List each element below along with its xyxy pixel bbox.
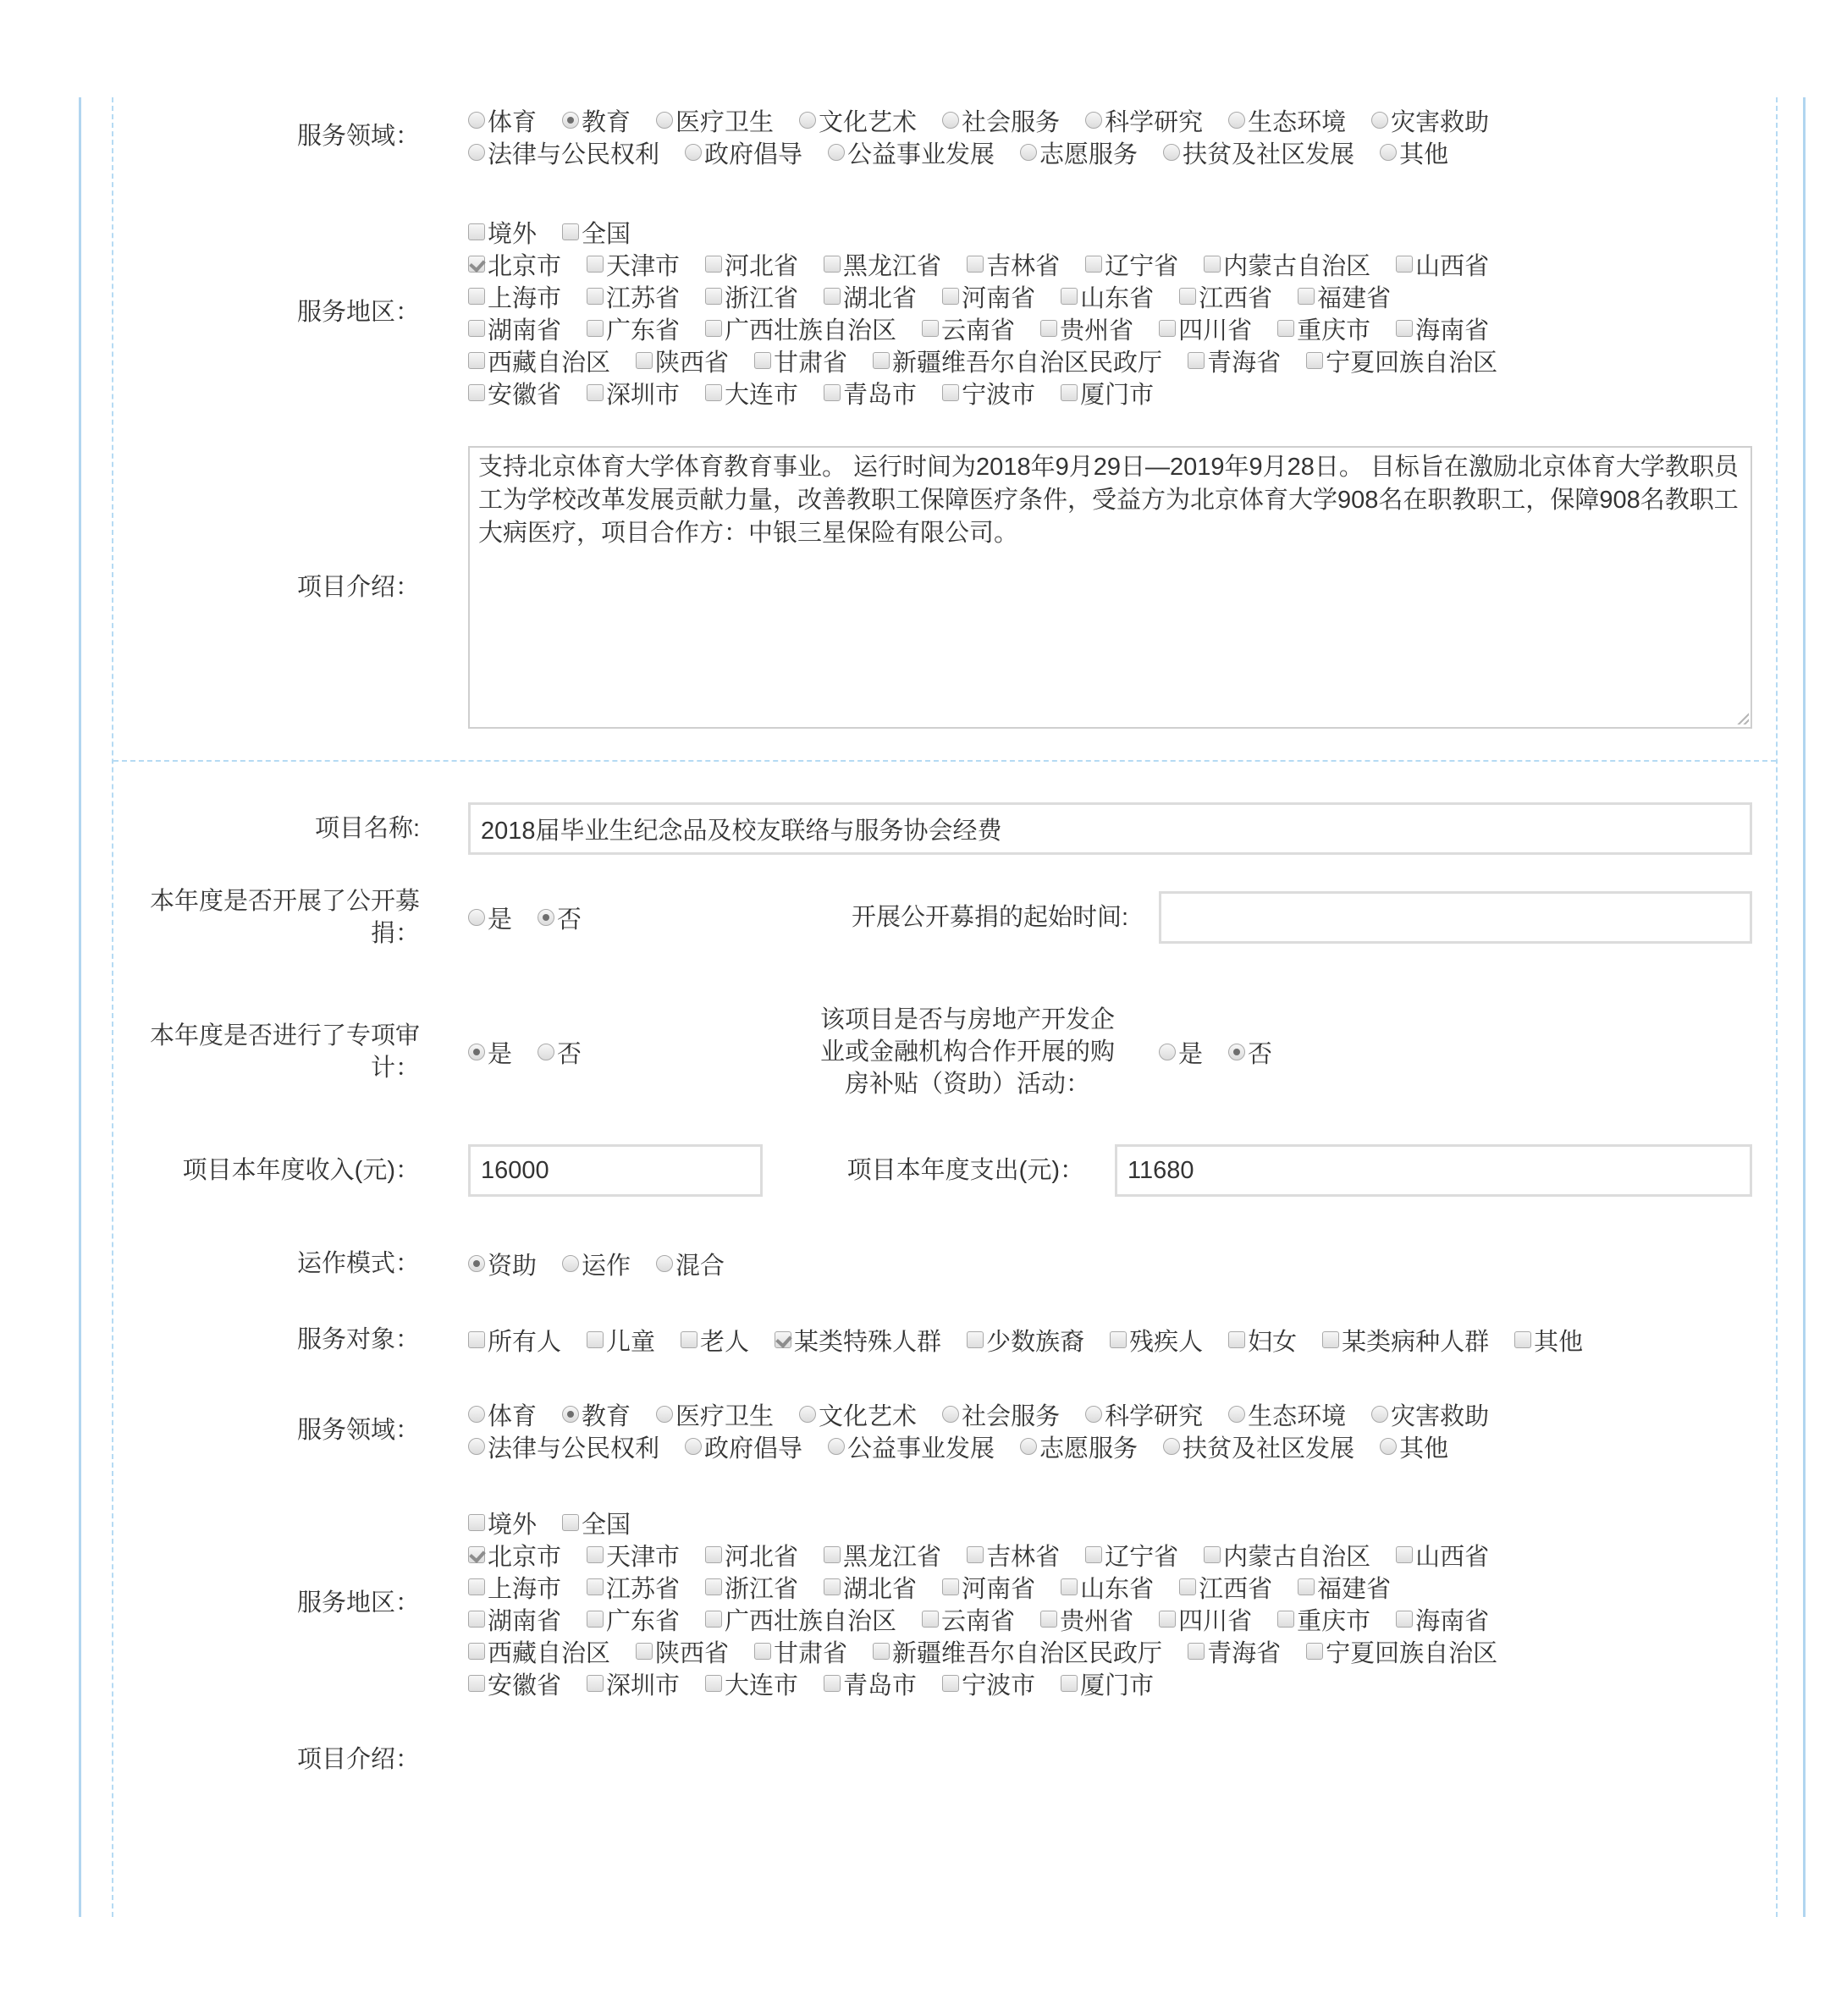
- option-label: 安徽省: [488, 1666, 561, 1701]
- checkbox-option[interactable]: 黑龙江省: [824, 247, 941, 282]
- checkbox-option[interactable]: 少数族裔: [967, 1323, 1084, 1358]
- textarea-wrap: 支持北京体育大学体育教育事业。 运行时间为2018年9月29日—2019年9月2…: [468, 446, 1752, 729]
- checkbox-icon: [1179, 288, 1196, 305]
- option-label: 安徽省: [488, 376, 561, 410]
- option-label: 文化艺术: [819, 1397, 917, 1432]
- radio-icon: [1163, 144, 1180, 161]
- checkbox-option[interactable]: 湖南省: [468, 1602, 561, 1637]
- radio-icon: [1163, 1438, 1180, 1455]
- radio-option[interactable]: 灾害救助: [1371, 1397, 1489, 1432]
- option-label: 江西省: [1199, 279, 1272, 314]
- option-label: 山西省: [1415, 247, 1489, 282]
- checkbox-option[interactable]: 浙江省: [705, 279, 798, 314]
- radio-icon: [468, 1255, 485, 1272]
- option-label: 全国: [582, 215, 631, 250]
- option-label: 浙江省: [725, 279, 798, 314]
- project-intro-label: 项目介绍：: [113, 571, 420, 603]
- checkbox-icon: [1396, 1546, 1413, 1563]
- radio-icon: [468, 1438, 485, 1455]
- option-label: 灾害救助: [1391, 103, 1489, 138]
- checkbox-option[interactable]: 江西省: [1179, 1570, 1272, 1605]
- checkbox-icon: [1179, 1578, 1196, 1595]
- option-row: 是否: [468, 901, 582, 934]
- checkbox-option[interactable]: 广东省: [587, 1602, 680, 1637]
- radio-option[interactable]: 否: [538, 901, 582, 935]
- checkbox-option[interactable]: 妇女: [1228, 1323, 1297, 1358]
- radio-option[interactable]: 政府倡导: [685, 135, 802, 170]
- option-label: 北京市: [488, 247, 561, 282]
- option-label: 黑龙江省: [843, 247, 941, 282]
- radio-option[interactable]: 科学研究: [1085, 1397, 1203, 1432]
- radio-option[interactable]: 志愿服务: [1020, 135, 1138, 170]
- option-label: 贵州省: [1060, 1602, 1133, 1637]
- checkbox-option[interactable]: 安徽省: [468, 376, 561, 410]
- radio-option[interactable]: 科学研究: [1085, 103, 1203, 138]
- checkbox-option[interactable]: 河北省: [705, 247, 798, 282]
- checkbox-option[interactable]: 江苏省: [587, 279, 680, 314]
- checkbox-icon: [1110, 1331, 1127, 1348]
- option-label: 辽宁省: [1105, 1538, 1178, 1573]
- radio-option[interactable]: 政府倡导: [685, 1429, 802, 1464]
- radio-option[interactable]: 扶贫及社区发展: [1163, 1429, 1354, 1464]
- radio-icon: [656, 112, 673, 129]
- option-row: 境外全国: [468, 216, 1752, 248]
- radio-option[interactable]: 体育: [468, 103, 537, 138]
- checkbox-option[interactable]: 深圳市: [587, 1666, 680, 1701]
- checkbox-icon: [705, 384, 722, 401]
- checkbox-option[interactable]: 青岛市: [824, 376, 917, 410]
- radio-option[interactable]: 否: [538, 1035, 582, 1070]
- checkbox-option[interactable]: 青海省: [1188, 344, 1281, 378]
- checkbox-option[interactable]: 陕西省: [636, 344, 729, 378]
- radio-icon: [942, 1406, 959, 1423]
- checkbox-option[interactable]: 上海市: [468, 1570, 561, 1605]
- option-label: 江西省: [1199, 1570, 1272, 1605]
- checkbox-option[interactable]: 贵州省: [1040, 311, 1133, 346]
- checkbox-icon: [587, 1546, 604, 1563]
- radio-option[interactable]: 法律与公民权利: [468, 1429, 659, 1464]
- option-label: 广西壮族自治区: [725, 1602, 896, 1637]
- radio-icon: [1380, 1438, 1397, 1455]
- option-label: 残疾人: [1129, 1323, 1203, 1358]
- checkbox-icon: [942, 384, 959, 401]
- option-label: 湖北省: [843, 279, 917, 314]
- option-label: 浙江省: [725, 1570, 798, 1605]
- option-label: 西藏自治区: [488, 1634, 610, 1669]
- option-label: 社会服务: [962, 1397, 1060, 1432]
- option-label: 其他: [1399, 1429, 1448, 1464]
- checkbox-option[interactable]: 北京市: [468, 247, 561, 282]
- checkbox-option[interactable]: 厦门市: [1061, 376, 1154, 410]
- checkbox-option[interactable]: 境外: [468, 215, 537, 250]
- checkbox-option[interactable]: 厦门市: [1061, 1666, 1154, 1701]
- option-label: 天津市: [606, 247, 680, 282]
- option-row: 安徽省深圳市大连市青岛市宁波市厦门市: [468, 377, 1752, 409]
- option-label: 医疗卫生: [675, 103, 774, 138]
- project-name-input[interactable]: [468, 802, 1752, 855]
- radio-icon: [1228, 112, 1245, 129]
- checkbox-icon: [967, 256, 984, 273]
- checkbox-option[interactable]: 西藏自治区: [468, 344, 610, 378]
- checkbox-icon: [1277, 1611, 1294, 1628]
- radio-icon: [562, 112, 579, 129]
- checkbox-option[interactable]: 宁夏回族自治区: [1306, 1634, 1497, 1669]
- option-label: 志愿服务: [1039, 1429, 1138, 1464]
- radio-icon: [799, 1406, 816, 1423]
- option-label: 否: [1248, 1035, 1272, 1070]
- checkbox-option[interactable]: 福建省: [1298, 279, 1391, 314]
- checkbox-option[interactable]: 安徽省: [468, 1666, 561, 1701]
- radio-icon: [1228, 1044, 1245, 1060]
- field-row-service-target: 服务对象： 所有人儿童老人某类特殊人群少数族裔残疾人妇女某类病种人群其他: [113, 1324, 1776, 1356]
- fundraising-start-input[interactable]: [1159, 891, 1752, 944]
- checkbox-icon: [942, 288, 959, 305]
- option-label: 儿童: [606, 1323, 655, 1358]
- checkbox-icon: [775, 1331, 791, 1348]
- checkbox-option[interactable]: 其他: [1514, 1323, 1583, 1358]
- checkbox-option[interactable]: 福建省: [1298, 1570, 1391, 1605]
- radio-icon: [538, 1044, 554, 1060]
- radio-icon: [942, 112, 959, 129]
- checkbox-option[interactable]: 大连市: [705, 376, 798, 410]
- checkbox-icon: [824, 1675, 841, 1692]
- checkbox-option[interactable]: 湖北省: [824, 279, 917, 314]
- checkbox-option[interactable]: 全国: [562, 1506, 631, 1540]
- service-target-label: 服务对象：: [113, 1324, 420, 1356]
- housing-subsidy-radio-group: 是否: [1159, 1036, 1752, 1068]
- radio-option[interactable]: 灾害救助: [1371, 103, 1489, 138]
- radio-option[interactable]: 文化艺术: [799, 1397, 917, 1432]
- option-label: 全国: [582, 1506, 631, 1540]
- option-row: 资助运作混合: [468, 1248, 1752, 1280]
- special-audit-radio-group: 是否: [468, 1036, 807, 1068]
- checkbox-option[interactable]: 山西省: [1396, 1538, 1489, 1573]
- checkbox-option[interactable]: 江苏省: [587, 1570, 680, 1605]
- checkbox-option[interactable]: 重庆市: [1277, 311, 1370, 346]
- radio-icon: [468, 909, 485, 926]
- field-row-service-field-2: 服务领域： 体育教育医疗卫生文化艺术社会服务科学研究生态环境灾害救助法律与公民权…: [113, 1398, 1776, 1462]
- radio-icon: [1371, 1406, 1388, 1423]
- housing-subsidy-label: 该项目是否与房地产开发企 业或金融机构合作开展的购 房补贴（资助）活动：: [807, 1004, 1128, 1100]
- checkbox-option[interactable]: 某类病种人群: [1322, 1323, 1489, 1358]
- checkbox-icon: [922, 320, 939, 337]
- checkbox-icon: [562, 223, 579, 240]
- radio-option[interactable]: 教育: [562, 103, 631, 138]
- public-fundraising-radio-group: 是否: [468, 901, 807, 934]
- checkbox-option[interactable]: 黑龙江省: [824, 1538, 941, 1573]
- checkbox-icon: [468, 1643, 485, 1660]
- checkbox-icon: [468, 1675, 485, 1692]
- option-row: 湖南省广东省广西壮族自治区云南省贵州省四川省重庆市海南省: [468, 1603, 1752, 1635]
- radio-icon: [828, 1438, 845, 1455]
- option-row: 体育教育医疗卫生文化艺术社会服务科学研究生态环境灾害救助: [468, 1398, 1752, 1430]
- project-intro-content: 支持北京体育大学体育教育事业。 运行时间为2018年9月29日—2019年9月2…: [468, 446, 1752, 729]
- checkbox-option[interactable]: 北京市: [468, 1538, 561, 1573]
- checkbox-option[interactable]: 所有人: [468, 1323, 561, 1358]
- option-label: 教育: [582, 1397, 631, 1432]
- option-label: 体育: [488, 103, 537, 138]
- checkbox-icon: [636, 352, 653, 369]
- radio-icon: [468, 112, 485, 129]
- option-label: 广东省: [606, 1602, 680, 1637]
- checkbox-option[interactable]: 内蒙古自治区: [1204, 1538, 1370, 1573]
- option-label: 其他: [1534, 1323, 1583, 1358]
- option-label: 公益事业发展: [847, 135, 995, 170]
- checkbox-option[interactable]: 深圳市: [587, 376, 680, 410]
- checkbox-icon: [1061, 384, 1078, 401]
- radio-option[interactable]: 生态环境: [1228, 1397, 1346, 1432]
- checkbox-icon: [468, 1514, 485, 1531]
- option-label: 上海市: [488, 1570, 561, 1605]
- checkbox-option[interactable]: 贵州省: [1040, 1602, 1133, 1637]
- checkbox-icon: [1306, 352, 1323, 369]
- radio-option[interactable]: 生态环境: [1228, 103, 1346, 138]
- option-label: 山西省: [1415, 1538, 1489, 1573]
- radio-option[interactable]: 法律与公民权利: [468, 135, 659, 170]
- checkbox-option[interactable]: 辽宁省: [1085, 1538, 1178, 1573]
- checkbox-icon: [587, 288, 604, 305]
- checkbox-icon: [1204, 256, 1221, 273]
- radio-option[interactable]: 扶贫及社区发展: [1163, 135, 1354, 170]
- option-label: 否: [557, 1035, 582, 1070]
- checkbox-icon: [705, 288, 722, 305]
- checkbox-option[interactable]: 河北省: [705, 1538, 798, 1573]
- checkbox-option[interactable]: 江西省: [1179, 279, 1272, 314]
- checkbox-icon: [1061, 1578, 1078, 1595]
- checkbox-option[interactable]: 湖南省: [468, 311, 561, 346]
- checkbox-option[interactable]: 西藏自治区: [468, 1634, 610, 1669]
- checkbox-option[interactable]: 浙江省: [705, 1570, 798, 1605]
- checkbox-option[interactable]: 辽宁省: [1085, 247, 1178, 282]
- checkbox-icon: [1396, 320, 1413, 337]
- option-row: 湖南省广东省广西壮族自治区云南省贵州省四川省重庆市海南省: [468, 312, 1752, 344]
- radio-icon: [562, 1406, 579, 1423]
- checkbox-option[interactable]: 宁波市: [942, 1666, 1035, 1701]
- checkbox-icon: [824, 1578, 841, 1595]
- checkbox-icon: [1159, 320, 1176, 337]
- checkbox-option[interactable]: 吉林省: [967, 1538, 1060, 1573]
- option-label: 厦门市: [1080, 1666, 1154, 1701]
- checkbox-icon: [587, 1611, 604, 1628]
- radio-option[interactable]: 是: [468, 901, 512, 935]
- checkbox-option[interactable]: 陕西省: [636, 1634, 729, 1669]
- checkbox-option[interactable]: 河南省: [942, 1570, 1035, 1605]
- option-label: 生态环境: [1248, 103, 1346, 138]
- checkbox-option[interactable]: 甘肃省: [754, 1634, 847, 1669]
- option-row: 西藏自治区陕西省甘肃省新疆维吾尔自治区民政厅青海省宁夏回族自治区: [468, 344, 1752, 377]
- checkbox-option[interactable]: 大连市: [705, 1666, 798, 1701]
- checkbox-option[interactable]: 全国: [562, 215, 631, 250]
- checkbox-option[interactable]: 吉林省: [967, 247, 1060, 282]
- checkbox-option[interactable]: 广东省: [587, 311, 680, 346]
- field-row-operation-mode: 运作模式： 资助运作混合: [113, 1248, 1776, 1280]
- service-region-checkbox-group: 境外全国北京市天津市河北省黑龙江省吉林省辽宁省内蒙古自治区山西省上海市江苏省浙江…: [468, 216, 1752, 409]
- checkbox-option[interactable]: 境外: [468, 1506, 537, 1540]
- project-form-page: { "colors": { "accent_blue": "#b5daf3", …: [0, 0, 1847, 2016]
- checkbox-icon: [1188, 352, 1205, 369]
- radio-option[interactable]: 混合: [656, 1247, 725, 1281]
- option-label: 天津市: [606, 1538, 680, 1573]
- checkbox-option[interactable]: 内蒙古自治区: [1204, 247, 1370, 282]
- checkbox-option[interactable]: 河南省: [942, 279, 1035, 314]
- option-label: 大连市: [725, 1666, 798, 1701]
- checkbox-option[interactable]: 宁夏回族自治区: [1306, 344, 1497, 378]
- expense-input[interactable]: [1115, 1144, 1752, 1197]
- checkbox-option[interactable]: 某类特殊人群: [775, 1323, 941, 1358]
- checkbox-option[interactable]: 湖北省: [824, 1570, 917, 1605]
- field-row-public-fundraising: 本年度是否开展了公开募 捐： 是否 开展公开募捐的起始时间:: [113, 885, 1776, 950]
- option-label: 深圳市: [606, 1666, 680, 1701]
- checkbox-option[interactable]: 天津市: [587, 1538, 680, 1573]
- radio-icon: [799, 112, 816, 129]
- radio-option[interactable]: 医疗卫生: [656, 1397, 774, 1432]
- checkbox-option[interactable]: 天津市: [587, 247, 680, 282]
- option-row: 安徽省深圳市大连市青岛市宁波市厦门市: [468, 1667, 1752, 1699]
- option-label: 厦门市: [1080, 376, 1154, 410]
- radio-option[interactable]: 否: [1228, 1035, 1272, 1070]
- checkbox-option[interactable]: 老人: [681, 1323, 749, 1358]
- checkbox-option[interactable]: 儿童: [587, 1323, 655, 1358]
- radio-icon: [1020, 1438, 1037, 1455]
- checkbox-option[interactable]: 青海省: [1188, 1634, 1281, 1669]
- checkbox-option[interactable]: 广西壮族自治区: [705, 1602, 896, 1637]
- checkbox-option[interactable]: 海南省: [1396, 1602, 1489, 1637]
- option-label: 是: [488, 1035, 512, 1070]
- option-label: 境外: [488, 1506, 537, 1540]
- checkbox-option[interactable]: 山东省: [1061, 279, 1154, 314]
- option-label: 大连市: [725, 376, 798, 410]
- option-label: 青海省: [1207, 1634, 1281, 1669]
- checkbox-icon: [468, 1546, 485, 1563]
- form-outer-border: 服务领域： 体育教育医疗卫生文化艺术社会服务科学研究生态环境灾害救助法律与公民权…: [79, 97, 1806, 1917]
- option-label: 文化艺术: [819, 103, 917, 138]
- checkbox-icon: [587, 384, 604, 401]
- checkbox-icon: [636, 1643, 653, 1660]
- public-fundraising-content: 是否 开展公开募捐的起始时间:: [468, 891, 1752, 944]
- radio-option[interactable]: 志愿服务: [1020, 1429, 1138, 1464]
- option-label: 青海省: [1207, 344, 1281, 378]
- checkbox-icon: [587, 1578, 604, 1595]
- checkbox-icon: [873, 1643, 890, 1660]
- checkbox-option[interactable]: 新疆维吾尔自治区民政厅: [873, 1634, 1162, 1669]
- checkbox-option[interactable]: 山东省: [1061, 1570, 1154, 1605]
- radio-option[interactable]: 体育: [468, 1397, 537, 1432]
- option-label: 湖南省: [488, 311, 561, 346]
- radio-option[interactable]: 文化艺术: [799, 103, 917, 138]
- radio-option[interactable]: 社会服务: [942, 103, 1060, 138]
- option-label: 志愿服务: [1039, 135, 1138, 170]
- option-row: 法律与公民权利政府倡导公益事业发展志愿服务扶贫及社区发展其他: [468, 1430, 1752, 1462]
- checkbox-option[interactable]: 广西壮族自治区: [705, 311, 896, 346]
- checkbox-icon: [1040, 1611, 1057, 1628]
- checkbox-option[interactable]: 云南省: [922, 1602, 1015, 1637]
- option-label: 黑龙江省: [843, 1538, 941, 1573]
- checkbox-icon: [1306, 1643, 1323, 1660]
- option-label: 青岛市: [843, 376, 917, 410]
- radio-option[interactable]: 其他: [1380, 135, 1448, 170]
- radio-icon: [468, 1044, 485, 1060]
- project-intro-textarea[interactable]: 支持北京体育大学体育教育事业。 运行时间为2018年9月29日—2019年9月2…: [468, 446, 1752, 729]
- checkbox-option[interactable]: 青岛市: [824, 1666, 917, 1701]
- service-region-checkbox-group: 境外全国北京市天津市河北省黑龙江省吉林省辽宁省内蒙古自治区山西省上海市江苏省浙江…: [468, 1506, 1752, 1699]
- checkbox-icon: [1204, 1546, 1221, 1563]
- radio-option[interactable]: 公益事业发展: [828, 135, 995, 170]
- option-label: 是: [488, 901, 512, 935]
- radio-option[interactable]: 运作: [562, 1247, 631, 1281]
- option-label: 河北省: [725, 1538, 798, 1573]
- radio-option[interactable]: 其他: [1380, 1429, 1448, 1464]
- field-row-project-intro-2: 项目介绍：: [113, 1743, 1776, 1776]
- checkbox-icon: [705, 1675, 722, 1692]
- income-input[interactable]: [468, 1144, 763, 1197]
- option-label: 扶贫及社区发展: [1183, 135, 1354, 170]
- option-label: 江苏省: [606, 1570, 680, 1605]
- radio-icon: [468, 144, 485, 161]
- option-label: 扶贫及社区发展: [1183, 1429, 1354, 1464]
- checkbox-icon: [468, 1331, 485, 1348]
- checkbox-icon: [873, 352, 890, 369]
- checkbox-icon: [468, 384, 485, 401]
- radio-option[interactable]: 是: [468, 1035, 512, 1070]
- option-label: 青岛市: [843, 1666, 917, 1701]
- radio-icon: [468, 1406, 485, 1423]
- option-label: 混合: [675, 1247, 725, 1281]
- field-row-service-field-1: 服务领域： 体育教育医疗卫生文化艺术社会服务科学研究生态环境灾害救助法律与公民权…: [113, 104, 1776, 168]
- checkbox-option[interactable]: 山西省: [1396, 247, 1489, 282]
- radio-option[interactable]: 资助: [468, 1247, 537, 1281]
- checkbox-icon: [1061, 1675, 1078, 1692]
- option-label: 少数族裔: [986, 1323, 1084, 1358]
- checkbox-icon: [1298, 1578, 1315, 1595]
- service-field-label: 服务领域：: [113, 120, 420, 152]
- checkbox-option[interactable]: 海南省: [1396, 311, 1489, 346]
- option-label: 宁波市: [962, 376, 1035, 410]
- checkbox-option[interactable]: 宁波市: [942, 376, 1035, 410]
- option-label: 西藏自治区: [488, 344, 610, 378]
- option-label: 河南省: [962, 279, 1035, 314]
- option-label: 广西壮族自治区: [725, 311, 896, 346]
- radio-option[interactable]: 公益事业发展: [828, 1429, 995, 1464]
- radio-icon: [538, 909, 554, 926]
- option-label: 山东省: [1080, 1570, 1154, 1605]
- radio-option[interactable]: 教育: [562, 1397, 631, 1432]
- checkbox-option[interactable]: 四川省: [1159, 1602, 1252, 1637]
- checkbox-option[interactable]: 云南省: [922, 311, 1015, 346]
- checkbox-option[interactable]: 甘肃省: [754, 344, 847, 378]
- option-label: 海南省: [1415, 311, 1489, 346]
- field-row-project-intro-1: 项目介绍： 支持北京体育大学体育教育事业。 运行时间为2018年9月29日—20…: [113, 446, 1776, 729]
- radio-option[interactable]: 是: [1159, 1035, 1203, 1070]
- option-label: 新疆维吾尔自治区民政厅: [892, 344, 1162, 378]
- checkbox-option[interactable]: 残疾人: [1110, 1323, 1203, 1358]
- checkbox-option[interactable]: 重庆市: [1277, 1602, 1370, 1637]
- checkbox-icon: [1188, 1643, 1205, 1660]
- checkbox-icon: [1159, 1611, 1176, 1628]
- option-label: 法律与公民权利: [488, 135, 659, 170]
- checkbox-option[interactable]: 四川省: [1159, 311, 1252, 346]
- option-label: 上海市: [488, 279, 561, 314]
- radio-option[interactable]: 社会服务: [942, 1397, 1060, 1432]
- option-label: 辽宁省: [1105, 247, 1178, 282]
- checkbox-option[interactable]: 上海市: [468, 279, 561, 314]
- option-label: 宁波市: [962, 1666, 1035, 1701]
- option-label: 河北省: [725, 247, 798, 282]
- radio-option[interactable]: 医疗卫生: [656, 103, 774, 138]
- checkbox-option[interactable]: 新疆维吾尔自治区民政厅: [873, 344, 1162, 378]
- option-label: 生态环境: [1248, 1397, 1346, 1432]
- option-row: 体育教育医疗卫生文化艺术社会服务科学研究生态环境灾害救助: [468, 104, 1752, 136]
- checkbox-icon: [824, 256, 841, 273]
